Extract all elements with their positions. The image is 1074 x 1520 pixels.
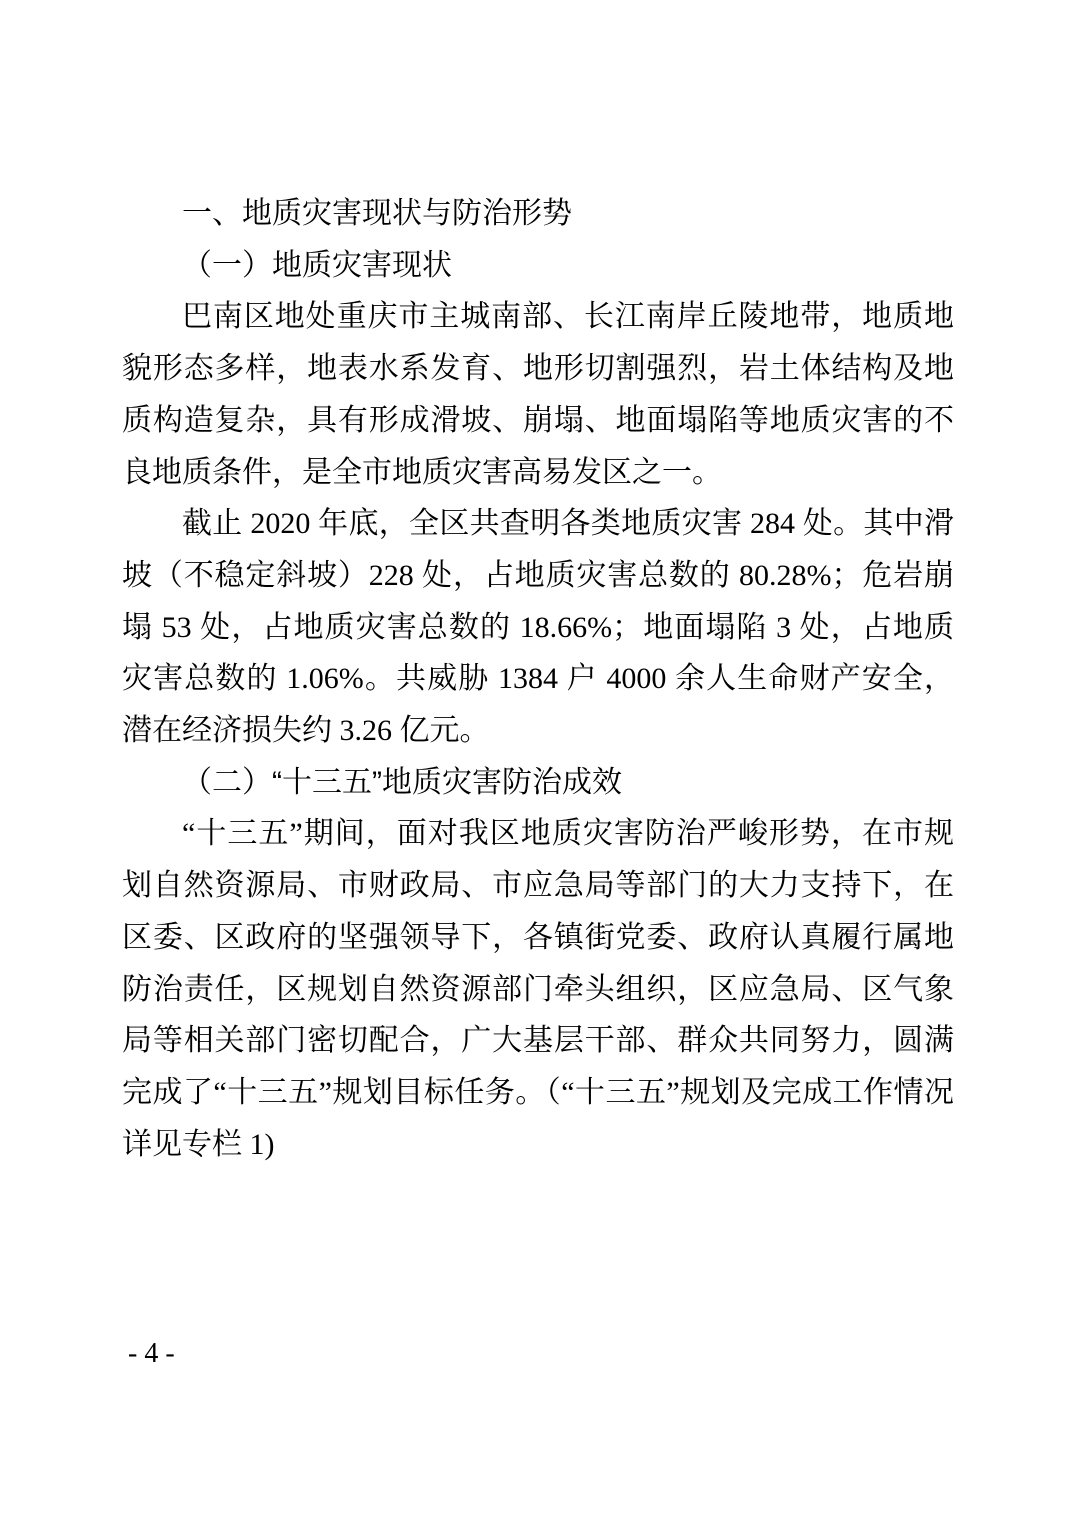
paragraph-disaster-statistics: 截止 2020 年底，全区共查明各类地质灾害 284 处。其中滑坡（不稳定斜坡）… [122,498,954,757]
document-page: 一、地质灾害现状与防治形势 （一）地质灾害现状 巴南区地处重庆市主城南部、长江南… [0,0,1074,1520]
page-number: - 4 - [128,1338,175,1370]
subsection-heading-2: （二）“十三五”地质灾害防治成效 [122,757,954,809]
paragraph-disaster-overview: 巴南区地处重庆市主城南部、长江南岸丘陵地带，地质地貌形态多样，地表水系发育、地形… [122,291,954,498]
document-body: 一、地质灾害现状与防治形势 （一）地质灾害现状 巴南区地处重庆市主城南部、长江南… [122,188,954,1170]
section-heading: 一、地质灾害现状与防治形势 [122,188,954,240]
subsection-heading-1: （一）地质灾害现状 [122,240,954,292]
paragraph-13th-five-year-achievements: “十三五”期间，面对我区地质灾害防治严峻形势，在市规划自然资源局、市财政局、市应… [122,808,954,1170]
